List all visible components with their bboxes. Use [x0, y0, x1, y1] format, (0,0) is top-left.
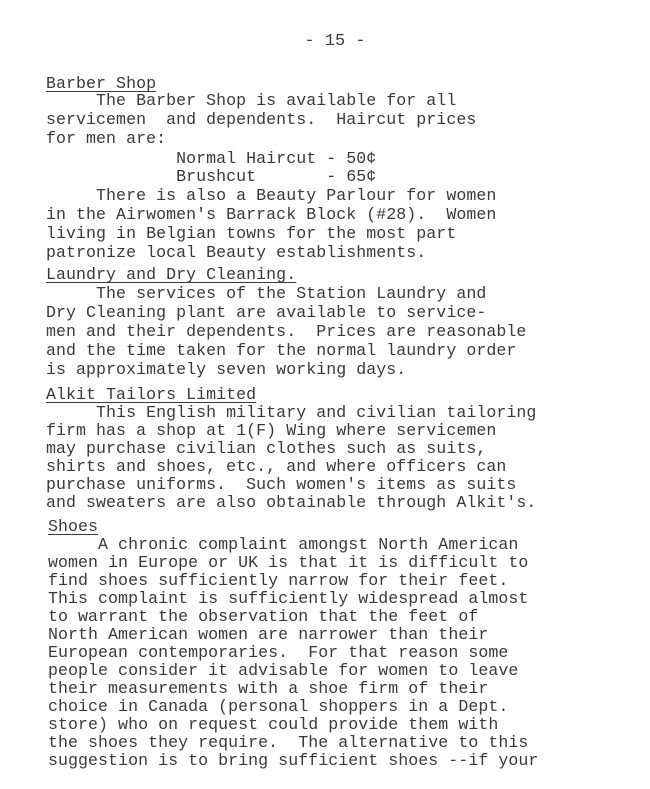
text-line: European contemporaries. For that reason… — [48, 643, 508, 662]
text-line: North American women are narrower than t… — [48, 625, 488, 644]
text-line: This complaint is sufficiently widesprea… — [48, 589, 528, 608]
price-line-haircut: Normal Haircut - 50¢ — [46, 149, 376, 168]
text-line: patronize local Beauty establishments. — [46, 243, 426, 262]
text-line: women in Europe or UK is that it is diff… — [48, 553, 528, 572]
text-line: people consider it advisable for women t… — [48, 661, 518, 680]
text-line: The Barber Shop is available for all — [46, 91, 456, 110]
text-line: purchase uniforms. Such women's items as… — [46, 475, 516, 494]
text-line: to warrant the observation that the feet… — [48, 607, 478, 626]
text-line: find shoes sufficiently narrow for their… — [48, 571, 508, 590]
text-line: suggestion is to bring sufficient shoes … — [48, 751, 538, 770]
text-line: choice in Canada (personal shoppers in a… — [48, 697, 508, 716]
price-line-brushcut: Brushcut - 65¢ — [46, 167, 376, 186]
text-line: men and their dependents. Prices are rea… — [46, 322, 526, 341]
text-line: The services of the Station Laundry and — [46, 284, 486, 303]
text-line: the shoes they require. The alternative … — [48, 733, 528, 752]
heading-shoes: Shoes — [48, 517, 98, 536]
text-line: may purchase civilian clothes such as su… — [46, 439, 486, 458]
text-line: firm has a shop at 1(F) Wing where servi… — [46, 421, 496, 440]
heading-alkit-tailors: Alkit Tailors Limited — [46, 385, 256, 404]
text-line: A chronic complaint amongst North Americ… — [48, 535, 518, 554]
text-line: This English military and civilian tailo… — [46, 403, 536, 422]
text-line: store) who on request could provide them… — [48, 715, 498, 734]
text-line: shirts and shoes, etc., and where office… — [46, 457, 506, 476]
heading-laundry: Laundry and Dry Cleaning. — [46, 265, 296, 284]
text-line: and sweaters are also obtainable through… — [46, 493, 536, 512]
document-page: - 15 - Barber Shop The Barber Shop is av… — [0, 0, 650, 789]
text-line: for men are: — [46, 129, 166, 148]
text-line: their measurements with a shoe firm of t… — [48, 679, 488, 698]
text-line: living in Belgian towns for the most par… — [46, 224, 456, 243]
text-line: Dry Cleaning plant are available to serv… — [46, 303, 486, 322]
text-line: in the Airwomen's Barrack Block (#28). W… — [46, 205, 496, 224]
text-line: and the time taken for the normal laundr… — [46, 341, 516, 360]
text-line: servicemen and dependents. Haircut price… — [46, 110, 476, 129]
text-line: is approximately seven working days. — [46, 360, 406, 379]
page-number: - 15 - — [0, 32, 650, 51]
text-line: There is also a Beauty Parlour for women — [46, 186, 496, 205]
